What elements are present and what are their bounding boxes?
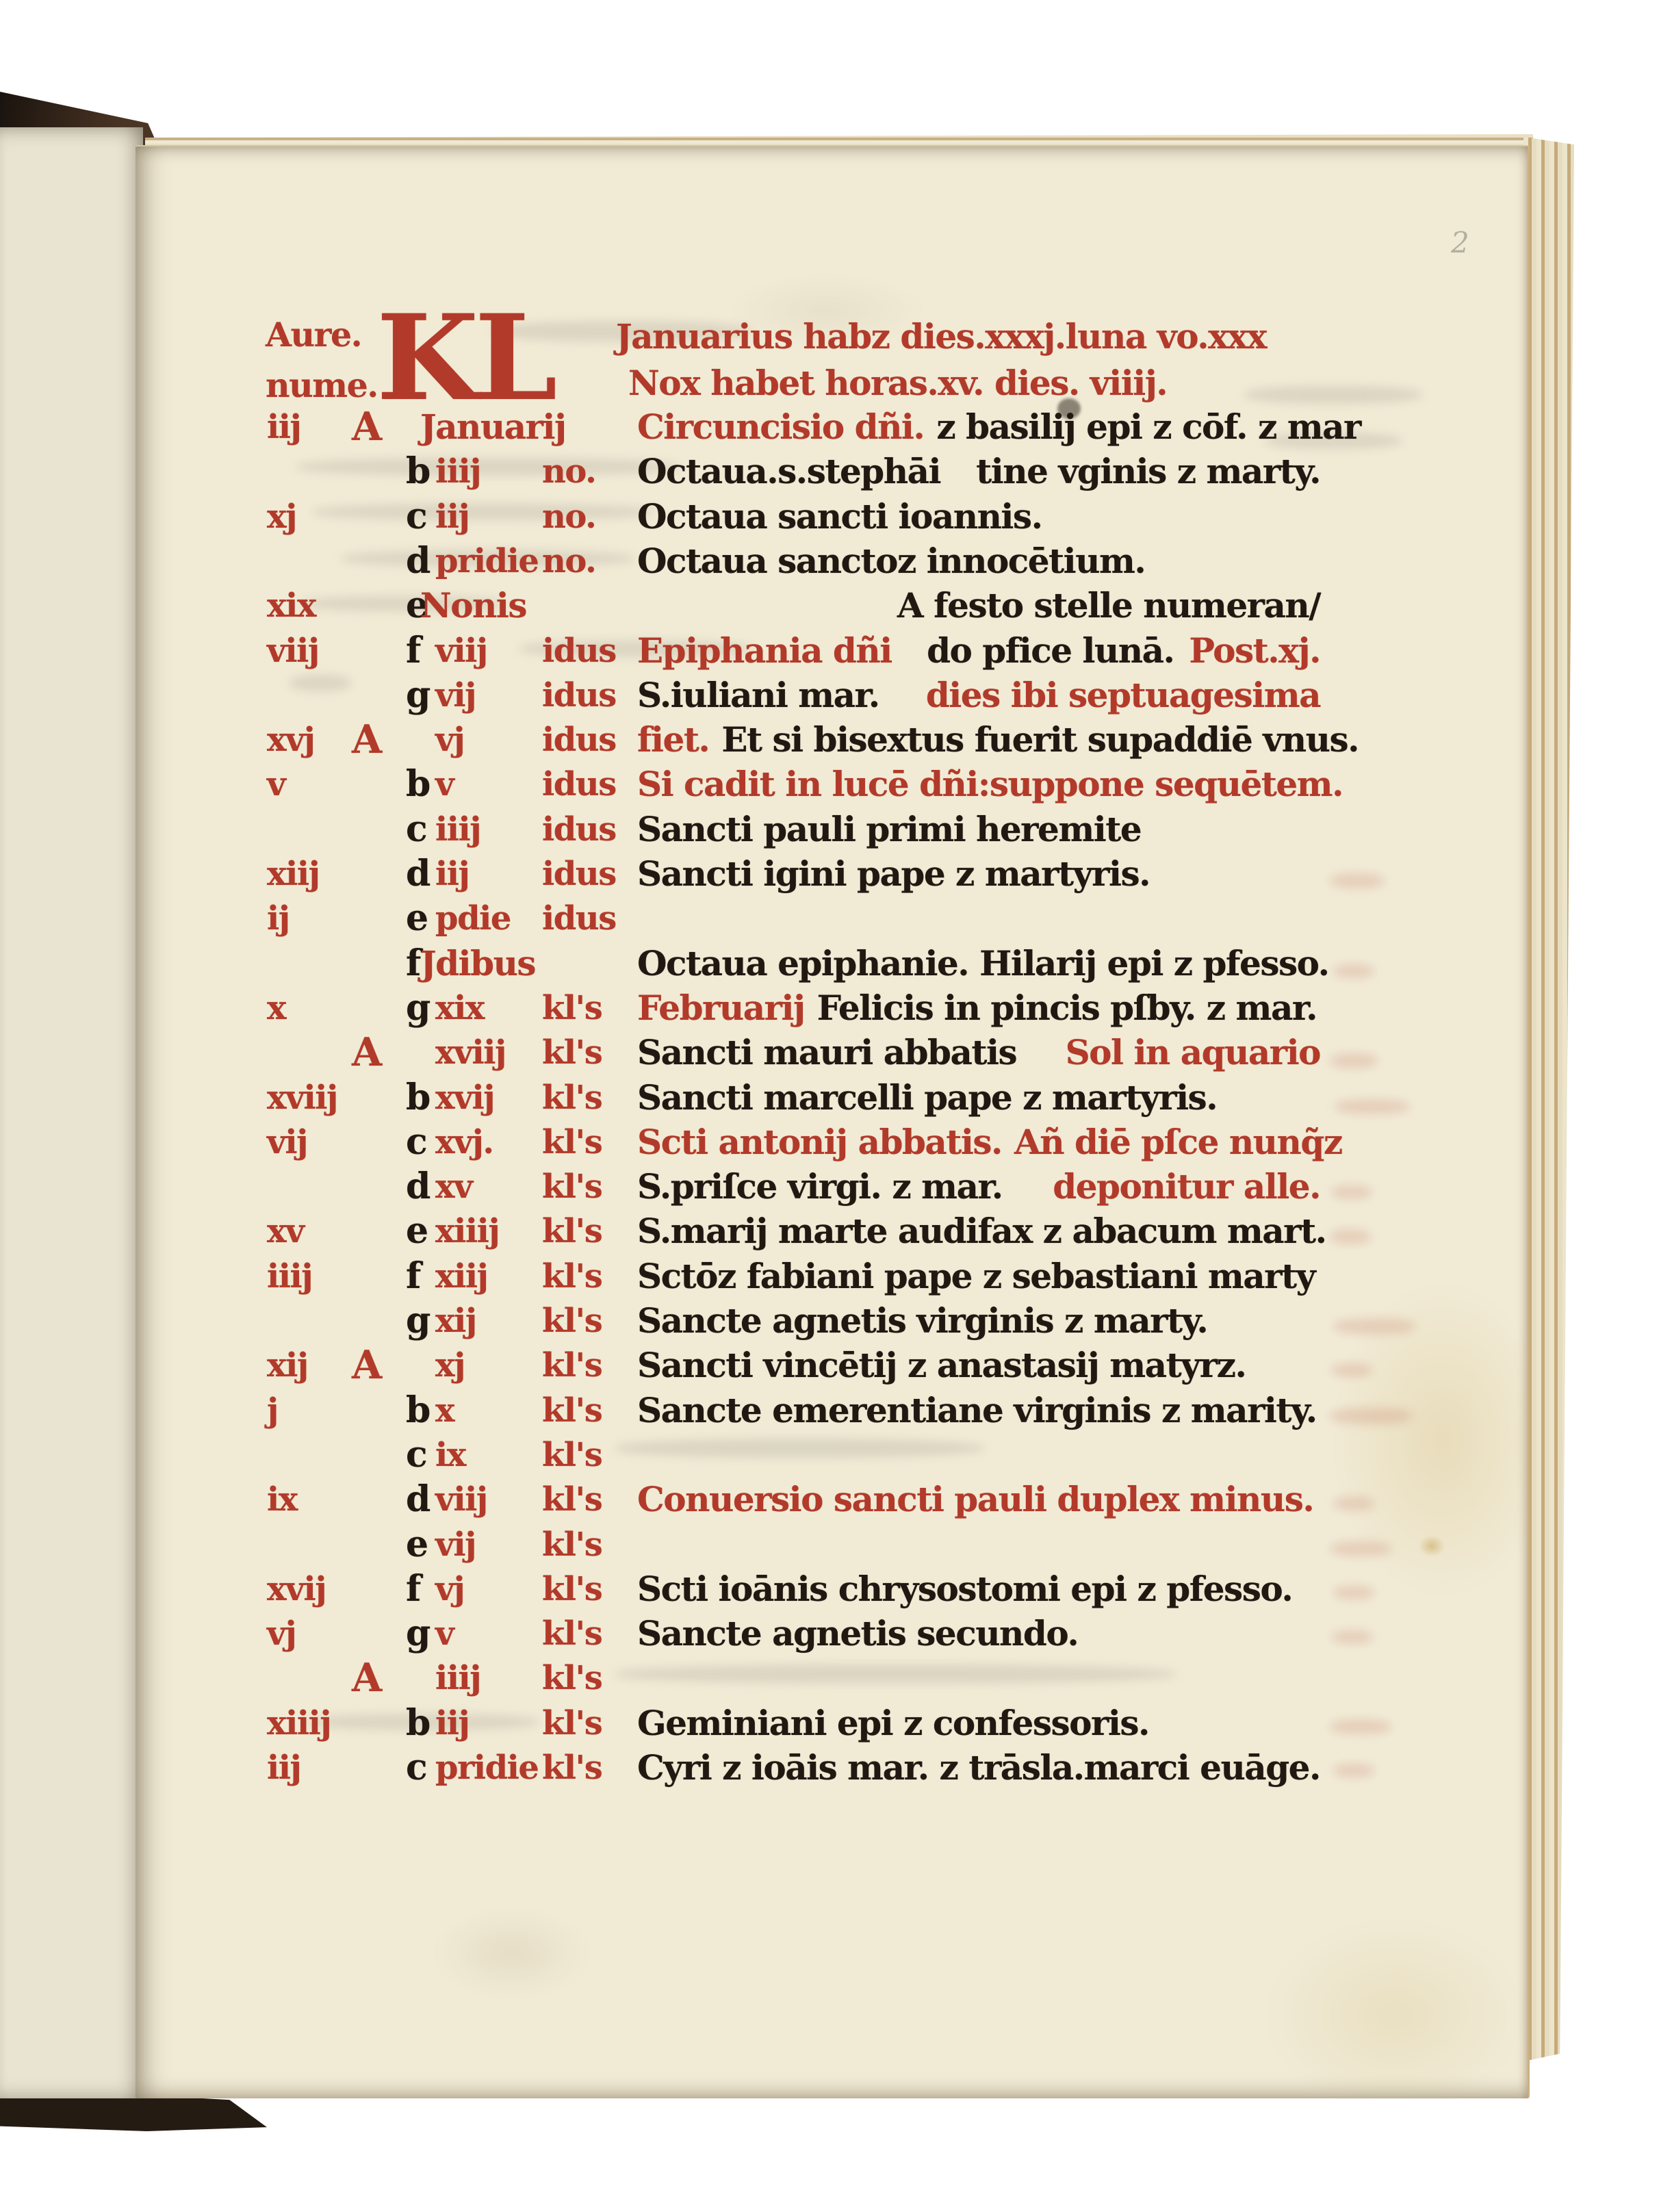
day-number: pridie	[435, 541, 538, 581]
dominical-letter: A	[352, 1346, 381, 1385]
bleed-through-smudge	[1330, 1053, 1378, 1068]
dominical-letter: A	[352, 1033, 381, 1072]
feast-segment: Octaua sancti ioannis.	[637, 497, 1042, 537]
margin-note-segment: dies ibi septuagesima	[926, 676, 1320, 715]
calendar-row-day-24: cixkl's	[266, 1435, 1323, 1479]
calendar-row-day-13: fJdibusOctaua epiphanie. Hilarij epi z p…	[266, 944, 1323, 988]
feast-segment: Scti antonij abbatis.	[637, 1122, 1002, 1162]
feast-segment: Octaua epiphanie. Hilarij epi z pfesso.	[637, 944, 1329, 983]
day-number: xviij	[435, 1033, 506, 1072]
calendar-row-day-8: xvjAvjidusfiet.Et si bisextus fuerit sup…	[266, 720, 1323, 764]
dominical-letter: c	[406, 497, 426, 537]
dominical-letter: b	[406, 1391, 430, 1430]
feast-segment: Scti ioānis chrysostomi epi z pfesso.	[637, 1569, 1292, 1609]
golden-number: xv	[267, 1211, 304, 1251]
feast-entry: Octaua sancti ioannis.	[637, 497, 1320, 537]
feast-segment: S.priſce virgi. z mar.	[637, 1167, 1003, 1207]
feast-segment: Sctōz fabiani pape z sebastiani marty	[637, 1257, 1315, 1296]
feast-entry: S.priſce virgi. z mar.deponitur alle.	[637, 1167, 1320, 1207]
golden-number: xvj	[267, 720, 314, 760]
day-number: xvij	[435, 1078, 494, 1118]
feast-segment: Februarij	[637, 988, 805, 1028]
feast-entry: Geminiani epi z confessoris.	[637, 1703, 1320, 1743]
calendar-row-day-26: evijkl's	[266, 1525, 1323, 1569]
calendar-row-day-1: iijAJanuarijCircuncisio dñi.z basilij ep…	[266, 407, 1323, 451]
calendar-row-day-25: ixdviijkl'sConuersio sancti pauli duplex…	[266, 1480, 1323, 1523]
day-label: kl's	[542, 1658, 602, 1698]
calendar-row-day-4: dpridieno.Octaua sanctoz innocētium.	[266, 541, 1323, 585]
day-label: idus	[542, 720, 616, 760]
dominical-letter: A	[352, 407, 381, 447]
dominical-letter: g	[406, 1301, 430, 1341]
dominical-letter: b	[406, 1703, 430, 1743]
dominical-letter: f	[406, 944, 420, 983]
feast-entry: A festo stelle numeran/	[637, 586, 1320, 626]
aureus-numerus-label-line1: Aure.	[266, 315, 361, 355]
day-label: kl's	[542, 1435, 602, 1475]
bleed-through-smudge	[1331, 1185, 1372, 1199]
feast-segment: S.iuliani mar.	[637, 676, 879, 715]
calendar-row-day-6: viijfviijidusEpiphania dñido pfice lunā.…	[266, 631, 1323, 675]
golden-number: j	[267, 1391, 278, 1430]
day-number: v	[435, 764, 453, 804]
dominical-letter: g	[406, 676, 430, 715]
bleed-through-smudge	[1331, 1363, 1372, 1377]
day-label: kl's	[542, 1301, 602, 1341]
feast-entry: FebruarijFelicis in pincis pſby. z mar.	[637, 988, 1320, 1028]
aureus-numerus-label-line2: nume.	[266, 365, 378, 405]
bleed-through-smudge	[1333, 1497, 1374, 1510]
margin-note: dies ibi septuagesima	[926, 676, 1320, 715]
day-number: v	[435, 1614, 453, 1654]
golden-number: x	[267, 988, 285, 1028]
calendar-text-block: Aure. nume. KL Januarius habz dies.xxxj.…	[266, 316, 1323, 1808]
dominical-letter: b	[406, 764, 430, 804]
day-label: kl's	[542, 1480, 602, 1519]
dominical-letter: c	[406, 1748, 426, 1788]
golden-number: xvij	[267, 1569, 326, 1609]
day-label: kl's	[542, 1257, 602, 1296]
day-label: kl's	[542, 1122, 602, 1162]
day-number: iij	[435, 497, 469, 537]
feast-entry: Sancti igini pape z martyris.	[637, 854, 1320, 894]
calendar-row-day-9: vbvidusSi cadit in lucē dñi:suppone sequ…	[266, 764, 1323, 808]
day-label: kl's	[542, 1525, 602, 1565]
margin-note: Sol in aquario	[1066, 1033, 1320, 1072]
feast-entry: Octaua.s.stephāitine vginis z marty.	[637, 452, 1320, 491]
feast-entry: Sancte agnetis virginis z marty.	[637, 1301, 1320, 1341]
calendar-row-day-14: xgxixkl'sFebruarijFelicis in pincis pſby…	[266, 988, 1323, 1032]
margin-note-segment: Añ diē pſce nunq̃z	[1014, 1122, 1342, 1162]
dominical-letter: A	[352, 720, 381, 760]
day-number: iij	[435, 1703, 469, 1743]
feast-entry: Octaua sanctoz innocētium.	[637, 541, 1320, 581]
margin-note-segment: deponitur alle.	[1053, 1167, 1320, 1207]
bleed-through-smudge	[1332, 1630, 1373, 1644]
dominical-letter: c	[406, 1122, 426, 1162]
day-number: xvj.	[435, 1122, 493, 1162]
feast-segment: Sancti marcelli pape z martyris.	[637, 1078, 1217, 1118]
golden-number: iij	[267, 407, 300, 447]
day-label: kl's	[542, 1391, 602, 1430]
dominical-letter: f	[406, 1569, 420, 1609]
day-label: no.	[542, 497, 595, 537]
month-header-line2: Nox habet horas.xv. dies. viiij.	[628, 363, 1167, 403]
calendar-row-day-27: xvijfvjkl'sScti ioānis chrysostomi epi z…	[266, 1569, 1323, 1613]
feast-segment: S.marij marte audifax z abacum mart.	[637, 1211, 1326, 1251]
feast-segment: Octaua.s.stephāi	[637, 452, 940, 491]
day-label: idus	[542, 676, 616, 715]
feast-entry: fiet.Et si bisextus fuerit supaddiē vnus…	[637, 720, 1320, 760]
dominical-letter: g	[406, 988, 430, 1028]
golden-number: vj	[267, 1614, 296, 1654]
day-label: idus	[542, 810, 616, 849]
feast-entry: Sancte emerentiane virginis z marity.	[637, 1391, 1320, 1430]
calendar-row-day-19: xvexiiijkl'sS.marij marte audifax z abac…	[266, 1211, 1323, 1255]
feast-segment: Conuersio sancti pauli duplex minus.	[637, 1480, 1313, 1519]
margin-note: deponitur alle.	[1053, 1167, 1320, 1207]
feast-segment: Circuncisio dñi.	[637, 407, 924, 447]
feast-segment: Epiphania dñi	[637, 631, 892, 671]
bleed-through-smudge	[1330, 873, 1385, 888]
feast-entry: Conuersio sancti pauli duplex minus.	[637, 1480, 1320, 1519]
feast-entry: Sctōz fabiani pape z sebastiani marty	[637, 1257, 1320, 1296]
feast-segment: Sancti mauri abbatis	[637, 1033, 1016, 1072]
dominical-letter: e	[406, 1211, 428, 1251]
bleed-through-smudge	[1330, 1408, 1412, 1424]
day-label: kl's	[542, 988, 602, 1028]
day-label: idus	[542, 764, 616, 804]
day-number: xix	[435, 988, 484, 1028]
calendar-row-day-22: xijAxjkl'sSancti vincētij z anastasij ma…	[266, 1346, 1323, 1389]
golden-number: xij	[267, 1346, 308, 1385]
feast-entry: Sancti marcelli pape z martyris.	[637, 1078, 1320, 1118]
dominical-letter: g	[406, 1614, 430, 1654]
day-label-span: Nonis	[420, 586, 526, 626]
feast-entry: Sancti pauli primi heremite	[637, 810, 1320, 849]
dominical-letter: c	[406, 1435, 426, 1475]
calendar-row-day-2: biiijno.Octaua.s.stephāitine vginis z ma…	[266, 452, 1323, 496]
day-number: vj	[435, 1569, 464, 1609]
feast-segment: Geminiani epi z confessoris.	[637, 1703, 1149, 1743]
day-number: pdie	[435, 899, 511, 938]
bleed-through-smudge	[1333, 1764, 1374, 1777]
day-number: iiij	[435, 1658, 480, 1698]
bleed-through-smudge	[1333, 964, 1374, 978]
calendar-row-day-12: ijepdieidus	[266, 899, 1323, 942]
feast-segment: Et si bisextus fuerit supaddiē vnus.	[721, 720, 1359, 760]
calendar-row-day-18: dxvkl'sS.priſce virgi. z mar.deponitur a…	[266, 1167, 1323, 1211]
calendar-page: 2 Aure. nume. KL Januarius habz dies.xxx…	[136, 145, 1530, 2098]
calendar-row-day-15: Axviijkl'sSancti mauri abbatisSol in aqu…	[266, 1033, 1323, 1077]
golden-number: xj	[267, 497, 296, 537]
day-number: x	[435, 1391, 454, 1430]
dominical-letter: d	[406, 541, 430, 581]
day-number: xij	[435, 1301, 476, 1341]
day-label: kl's	[542, 1748, 602, 1788]
golden-number: xiij	[267, 854, 319, 894]
day-label: no.	[542, 452, 595, 491]
golden-number: ix	[267, 1480, 297, 1519]
feast-entry: Sancte agnetis secundo.	[637, 1614, 1320, 1654]
day-number: vij	[435, 676, 476, 715]
bleed-through-smudge	[1330, 1719, 1391, 1734]
day-label: kl's	[542, 1211, 602, 1251]
dominical-letter: A	[352, 1658, 381, 1698]
margin-note: tine vginis z marty.	[976, 452, 1320, 491]
feast-entry: S.marij marte audifax z abacum mart.	[637, 1211, 1320, 1251]
day-label: kl's	[542, 1033, 602, 1072]
bleed-through-smudge	[1333, 1586, 1374, 1599]
feast-entry: Sancti vincētij z anastasij matyrz.	[637, 1346, 1320, 1385]
dominical-letter: f	[406, 1257, 420, 1296]
folio-number: 2	[1451, 226, 1469, 259]
dominical-letter: e	[406, 899, 428, 938]
calendar-row-day-16: xviijbxvijkl'sSancti marcelli pape z mar…	[266, 1078, 1323, 1122]
margin-note-segment: A festo stelle numeran/	[897, 586, 1320, 626]
day-label: kl's	[542, 1614, 602, 1654]
golden-number: xiiij	[267, 1703, 331, 1743]
photograph-background: 2 Aure. nume. KL Januarius habz dies.xxx…	[0, 0, 1672, 2212]
feast-segment: fiet.	[637, 720, 709, 760]
feast-segment: Octaua sanctoz innocētium.	[637, 541, 1145, 581]
bleed-through-smudge	[1330, 1229, 1371, 1244]
feast-segment: Sancte agnetis virginis z marty.	[637, 1301, 1207, 1341]
calendar-row-day-23: jbxkl'sSancte emerentiane virginis z mar…	[266, 1391, 1323, 1435]
golden-number: iiij	[267, 1257, 312, 1296]
dominical-letter: e	[406, 1525, 428, 1565]
calendar-row-day-5: xixeNonisA festo stelle numeran/	[266, 586, 1323, 630]
day-number: xiij	[435, 1257, 487, 1296]
dominical-letter: f	[406, 631, 420, 671]
dominical-letter: d	[406, 1480, 430, 1519]
calendar-row-day-21: gxijkl'sSancte agnetis virginis z marty.	[266, 1301, 1323, 1345]
kl-monogram: KL	[376, 307, 553, 409]
feast-entry: Epiphania dñido pfice lunā.Post.xj.	[637, 631, 1320, 671]
dominical-letter: c	[406, 810, 426, 849]
bleed-through-smudge	[1335, 1099, 1410, 1114]
golden-number: xix	[267, 586, 316, 626]
page-stack-right-edge	[1523, 137, 1574, 2061]
feast-entry: Circuncisio dñi.z basilij epi z cōf. z m…	[637, 407, 1320, 447]
feast-segment: Sancte emerentiane virginis z marity.	[637, 1391, 1317, 1430]
day-label: idus	[542, 631, 616, 671]
calendar-row-day-7: gvijidusS.iuliani mar.dies ibi septuages…	[266, 676, 1323, 719]
day-label: kl's	[542, 1078, 602, 1118]
day-number: vj	[435, 720, 464, 760]
feast-entry: Cyri z ioāis mar. z trāsla.marci euāge.	[637, 1748, 1320, 1788]
day-label: kl's	[542, 1346, 602, 1385]
feast-segment: Sancti igini pape z martyris.	[637, 854, 1150, 894]
feast-entry: Scti antonij abbatis.Añ diē pſce nunq̃z	[637, 1122, 1320, 1162]
calendar-row-day-29: Aiiijkl's	[266, 1658, 1323, 1702]
margin-note: do pfice lunā.Post.xj.	[927, 631, 1320, 671]
calendar-row-day-11: xiijdiijidusSancti igini pape z martyris…	[266, 854, 1323, 898]
feast-entry: S.iuliani mar.dies ibi septuagesima	[637, 676, 1320, 715]
day-number: xiiij	[435, 1211, 499, 1251]
feast-segment: Sancti pauli primi heremite	[637, 810, 1141, 849]
margin-note-segment: Post.xj.	[1189, 631, 1320, 671]
calendar-row-day-30: xiiijbiijkl'sGeminiani epi z confessoris…	[266, 1703, 1323, 1747]
day-number: pridie	[435, 1748, 538, 1788]
feast-entry: Si cadit in lucē dñi:suppone sequētem.	[637, 764, 1320, 804]
feast-segment: Sancte agnetis secundo.	[637, 1614, 1078, 1654]
dominical-letter: d	[406, 854, 430, 894]
margin-note-segment: Sol in aquario	[1066, 1033, 1320, 1072]
dominical-letter: d	[406, 1167, 430, 1207]
day-label-span: Jdibus	[420, 944, 535, 983]
calendar-row-day-20: iiijfxiijkl'sSctōz fabiani pape z sebast…	[266, 1257, 1323, 1300]
day-number: viij	[435, 631, 487, 671]
day-number: iij	[435, 854, 469, 894]
day-label: kl's	[542, 1569, 602, 1609]
month-header-line1: Januarius habz dies.xxxj.luna vo.xxx	[616, 316, 1266, 357]
golden-number: v	[267, 764, 285, 804]
dominical-letter: b	[406, 452, 430, 491]
day-number: iiij	[435, 452, 480, 491]
day-label: kl's	[542, 1703, 602, 1743]
day-label: idus	[542, 899, 616, 938]
calendar-row-day-17: vijcxvj.kl'sScti antonij abbatis.Añ diē …	[266, 1122, 1323, 1166]
margin-note-segment: do pfice lunā.	[927, 631, 1174, 671]
margin-note-segment: tine vginis z marty.	[976, 452, 1320, 491]
feast-entry: Sancti mauri abbatisSol in aquario	[637, 1033, 1320, 1072]
day-number: ix	[435, 1435, 465, 1475]
bleed-through-smudge	[1330, 1541, 1391, 1556]
bleed-through-smudge	[1333, 1318, 1415, 1335]
day-label-span: Januarij	[420, 407, 566, 447]
golden-number: vij	[267, 1122, 307, 1162]
day-number: xv	[435, 1167, 472, 1207]
day-label: kl's	[542, 1167, 602, 1207]
feast-segment: Cyri z ioāis mar. z trāsla.marci euāge.	[637, 1748, 1320, 1788]
day-number: iiij	[435, 810, 480, 849]
dominical-letter: b	[406, 1078, 430, 1118]
calendar-row-day-28: vjgvkl'sSancte agnetis secundo.	[266, 1614, 1323, 1658]
day-number: vij	[435, 1525, 476, 1565]
calendar-row-day-3: xjciijno.Octaua sancti ioannis.	[266, 497, 1323, 541]
golden-number: iij	[267, 1748, 300, 1788]
facing-page-edge	[0, 127, 143, 2098]
calendar-row-day-31: iijcpridiekl'sCyri z ioāis mar. z trāsla…	[266, 1748, 1323, 1792]
feast-entry: Octaua epiphanie. Hilarij epi z pfesso.	[637, 944, 1320, 983]
feast-entry: Scti ioānis chrysostomi epi z pfesso.	[637, 1569, 1320, 1609]
calendar-row-day-10: ciiijidusSancti pauli primi heremite	[266, 810, 1323, 853]
golden-number: ij	[267, 899, 290, 938]
day-number: xj	[435, 1346, 465, 1385]
margin-note: A festo stelle numeran/	[897, 586, 1320, 626]
feast-segment: z basilij epi z cōf. z mar	[936, 407, 1361, 447]
golden-number: xviij	[267, 1078, 337, 1118]
day-label: idus	[542, 854, 616, 894]
golden-number: viij	[267, 631, 319, 671]
feast-segment: Si cadit in lucē dñi:suppone sequētem.	[637, 764, 1343, 804]
feast-segment: Sancti vincētij z anastasij matyrz.	[637, 1346, 1246, 1385]
feast-segment: Felicis in pincis pſby. z mar.	[817, 988, 1317, 1028]
day-number: viij	[435, 1480, 487, 1519]
day-label: no.	[542, 541, 595, 581]
margin-note: Añ diē pſce nunq̃z	[1014, 1122, 1342, 1162]
